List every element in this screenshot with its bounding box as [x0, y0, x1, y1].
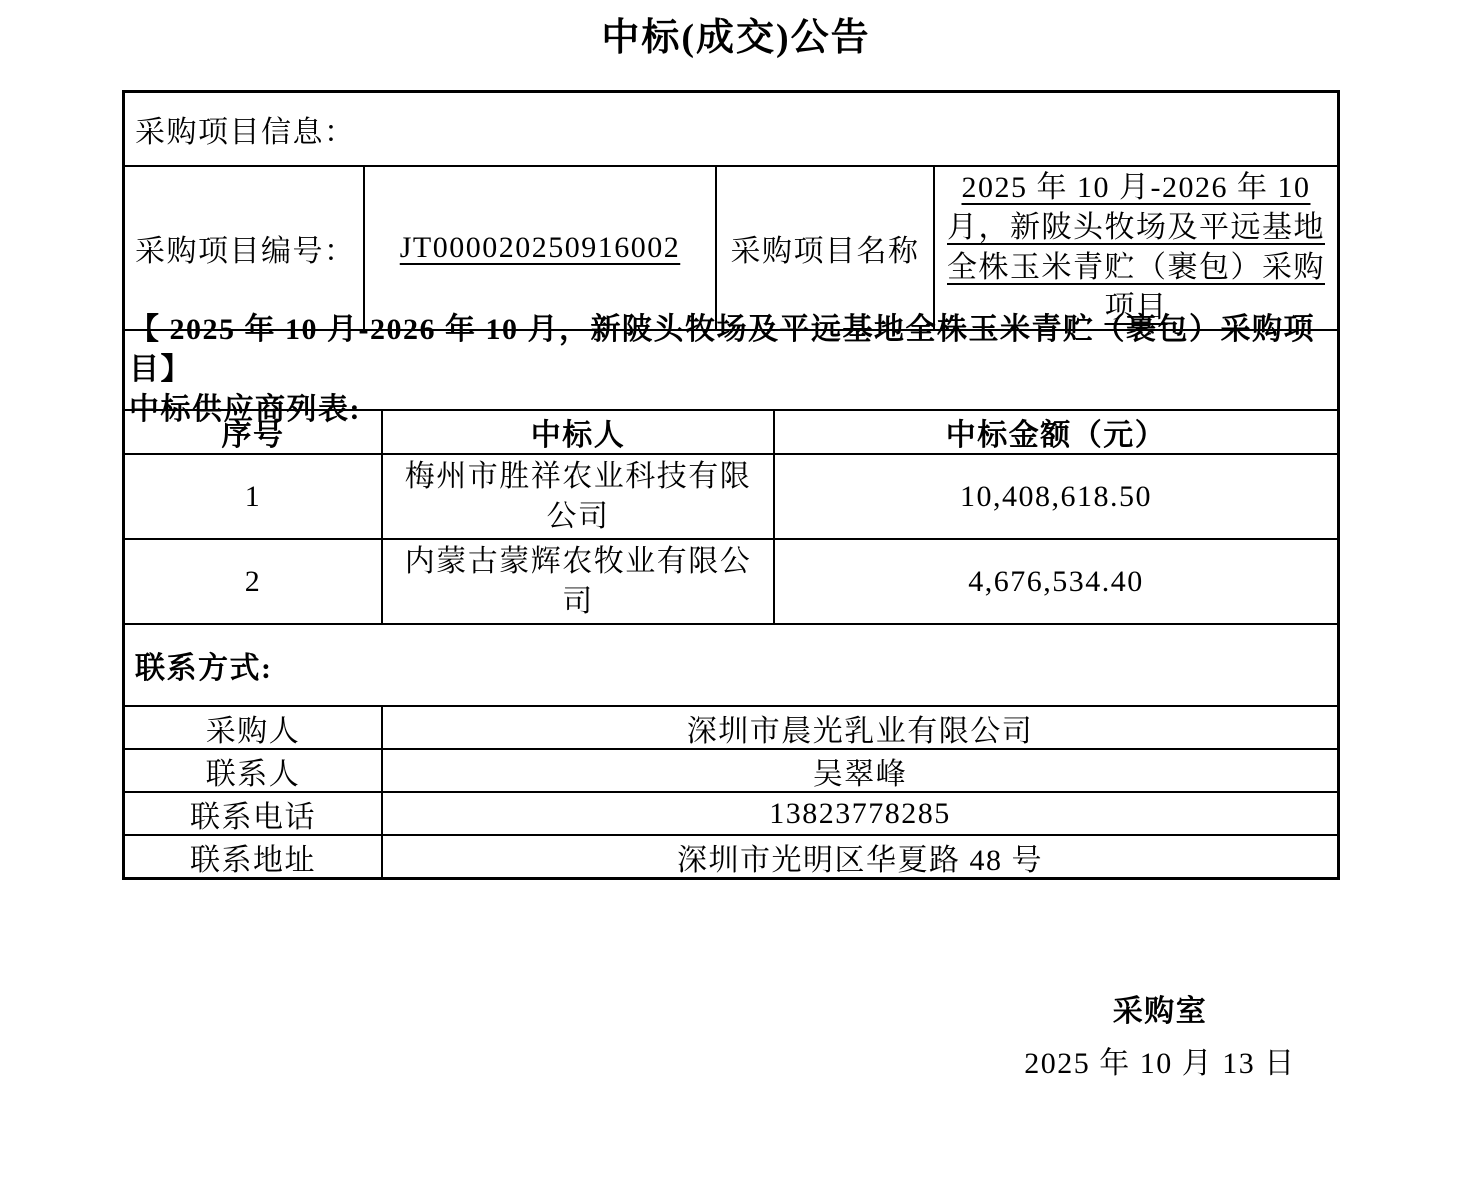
contact-row: 采购人 深圳市晨光乳业有限公司	[125, 705, 1337, 748]
supplier-amount: 4,676,534.40	[773, 540, 1337, 623]
supplier-winner: 梅州市胜祥农业科技有限 公司	[381, 455, 773, 538]
project-number-row: 采购项目编号： JT000020250916002 采购项目名称 2025 年 …	[125, 165, 1337, 329]
project-info-header-row: 采购项目信息：	[125, 93, 1337, 165]
contact-label: 联系人	[125, 750, 381, 791]
header-cell-amount: 中标金额（元）	[773, 411, 1337, 453]
project-number-value: JT000020250916002	[363, 167, 715, 329]
announcement-table: 采购项目信息： 采购项目编号： JT000020250916002 采购项目名称…	[122, 90, 1340, 880]
signature-date: 2025 年 10 月 13 日	[1000, 1044, 1320, 1084]
supplier-amount: 10,408,618.50	[773, 455, 1337, 538]
contact-heading-row: 联系方式:	[125, 623, 1337, 705]
contact-row: 联系人 吴翠峰	[125, 748, 1337, 791]
contact-heading: 联系方式:	[125, 625, 1337, 705]
project-name-value: 2025 年 10 月-2026 年 10 月，新陂头牧场及平远基地 全株玉米青…	[933, 167, 1337, 329]
contact-value: 13823778285	[381, 793, 1337, 834]
supplier-no: 1	[125, 455, 381, 538]
supplier-list-heading-row: 【 2025 年 10 月-2026 年 10 月，新陂头牧场及平远基地全株玉米…	[125, 329, 1337, 409]
supplier-table-header-row: 序号 中标人 中标金额（元）	[125, 409, 1337, 453]
signature-department: 采购室	[1000, 992, 1320, 1032]
contact-value: 吴翠峰	[381, 750, 1337, 791]
contact-label: 采购人	[125, 707, 381, 748]
header-cell-no: 序号	[125, 411, 381, 453]
supplier-no: 2	[125, 540, 381, 623]
supplier-row: 2 内蒙古蒙辉农牧业有限公 司 4,676,534.40	[125, 538, 1337, 623]
project-info-label: 采购项目信息：	[125, 93, 1337, 165]
project-name-label: 采购项目名称	[715, 167, 933, 329]
signature-block: 采购室 2025 年 10 月 13 日	[1000, 992, 1320, 1084]
contact-label: 联系地址	[125, 836, 381, 877]
contact-value: 深圳市晨光乳业有限公司	[381, 707, 1337, 748]
contact-row: 联系地址 深圳市光明区华夏路 48 号	[125, 834, 1337, 877]
supplier-winner: 内蒙古蒙辉农牧业有限公 司	[381, 540, 773, 623]
page-title: 中标(成交)公告	[0, 16, 1472, 60]
project-number-label: 采购项目编号：	[125, 167, 363, 329]
supplier-row: 1 梅州市胜祥农业科技有限 公司 10,408,618.50	[125, 453, 1337, 538]
contact-label: 联系电话	[125, 793, 381, 834]
contact-value: 深圳市光明区华夏路 48 号	[381, 836, 1337, 877]
header-cell-winner: 中标人	[381, 411, 773, 453]
supplier-list-heading: 【 2025 年 10 月-2026 年 10 月，新陂头牧场及平远基地全株玉米…	[125, 331, 1337, 409]
contact-row: 联系电话 13823778285	[125, 791, 1337, 834]
